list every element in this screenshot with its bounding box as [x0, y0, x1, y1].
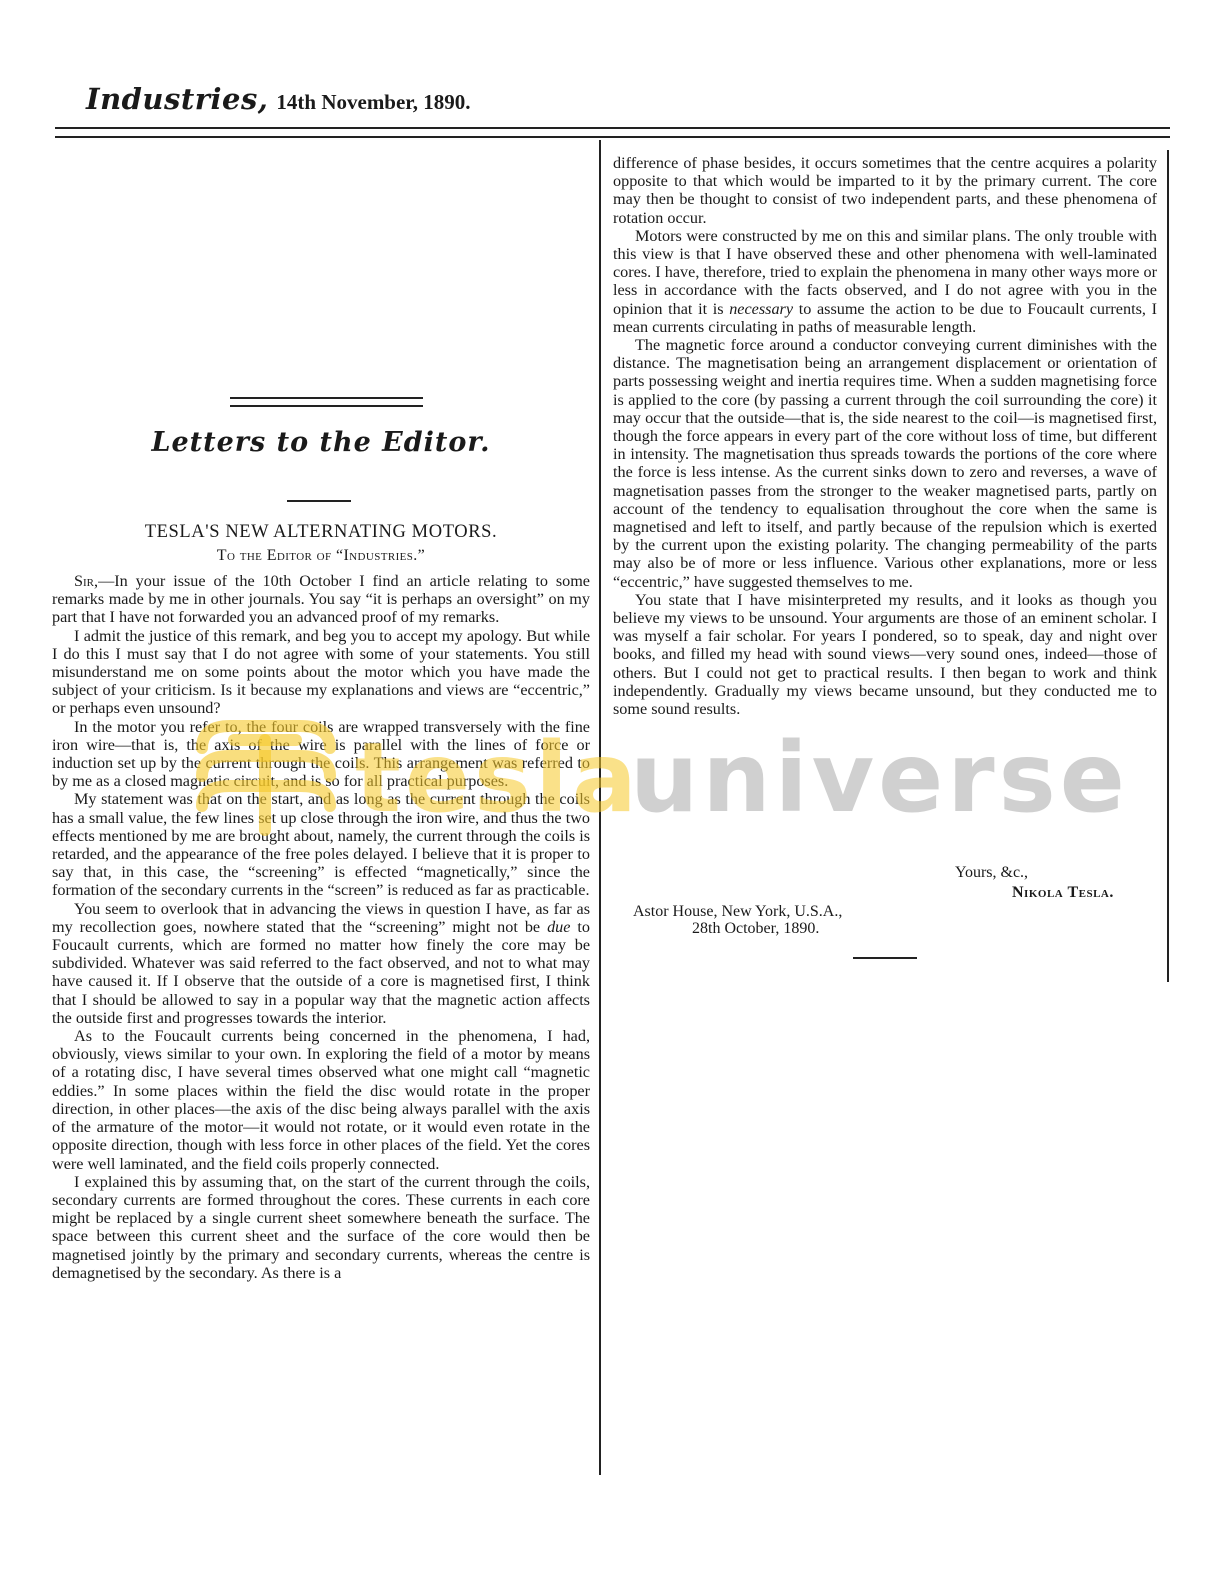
paragraph-continued: difference of phase besides, it occurs s… — [613, 154, 1157, 227]
letter-date: 28th October, 1890. — [692, 920, 819, 938]
left-column: Sir,—In your issue of the 10th October I… — [52, 572, 590, 1282]
section-title: Letters to the Editor. — [52, 427, 590, 458]
article-subtitle: To the Editor of “Industries.” — [52, 547, 590, 565]
section-double-rule — [230, 397, 423, 407]
paragraph: In the motor you refer to, the four coil… — [52, 718, 590, 791]
paragraph: My statement was that on the start, and … — [52, 790, 590, 899]
salutation: Sir, — [74, 572, 98, 590]
closing: Yours, &c., — [955, 864, 1028, 882]
address: Astor House, New York, U.S.A., — [633, 903, 842, 921]
header-rule-upper — [55, 127, 1170, 129]
emphasis: necessary — [729, 300, 793, 318]
paragraph: You seem to overlook that in advancing t… — [52, 900, 590, 1027]
masthead: Industries, 14th November, 1890. — [86, 82, 470, 116]
newspaper-page: Industries, 14th November, 1890. Letters… — [0, 0, 1224, 1584]
emphasis: due — [547, 918, 570, 936]
paragraph: Motors were constructed by me on this an… — [613, 227, 1157, 336]
paragraph: I admit the justice of this remark, and … — [52, 627, 590, 718]
signature: Nikola Tesla. — [1012, 884, 1114, 902]
paper-name: Industries, — [86, 82, 268, 116]
paragraph: Sir,—In your issue of the 10th October I… — [52, 572, 590, 627]
right-column: difference of phase besides, it occurs s… — [613, 154, 1157, 718]
right-column-border — [1167, 150, 1169, 982]
paragraph: As to the Foucault currents being concer… — [52, 1027, 590, 1173]
section-short-rule — [287, 500, 351, 502]
end-rule — [853, 957, 917, 959]
issue-date: 14th November, 1890. — [276, 90, 470, 114]
column-divider — [599, 140, 601, 1475]
paragraph: You state that I have misinterpreted my … — [613, 591, 1157, 718]
watermark-word-universe: universe — [630, 730, 1129, 826]
article-title: TESLA'S NEW ALTERNATING MOTORS. — [52, 522, 590, 543]
paragraph: I explained this by assuming that, on th… — [52, 1173, 590, 1282]
paragraph: The magnetic force around a conductor co… — [613, 336, 1157, 591]
header-rule-lower — [55, 136, 1170, 138]
